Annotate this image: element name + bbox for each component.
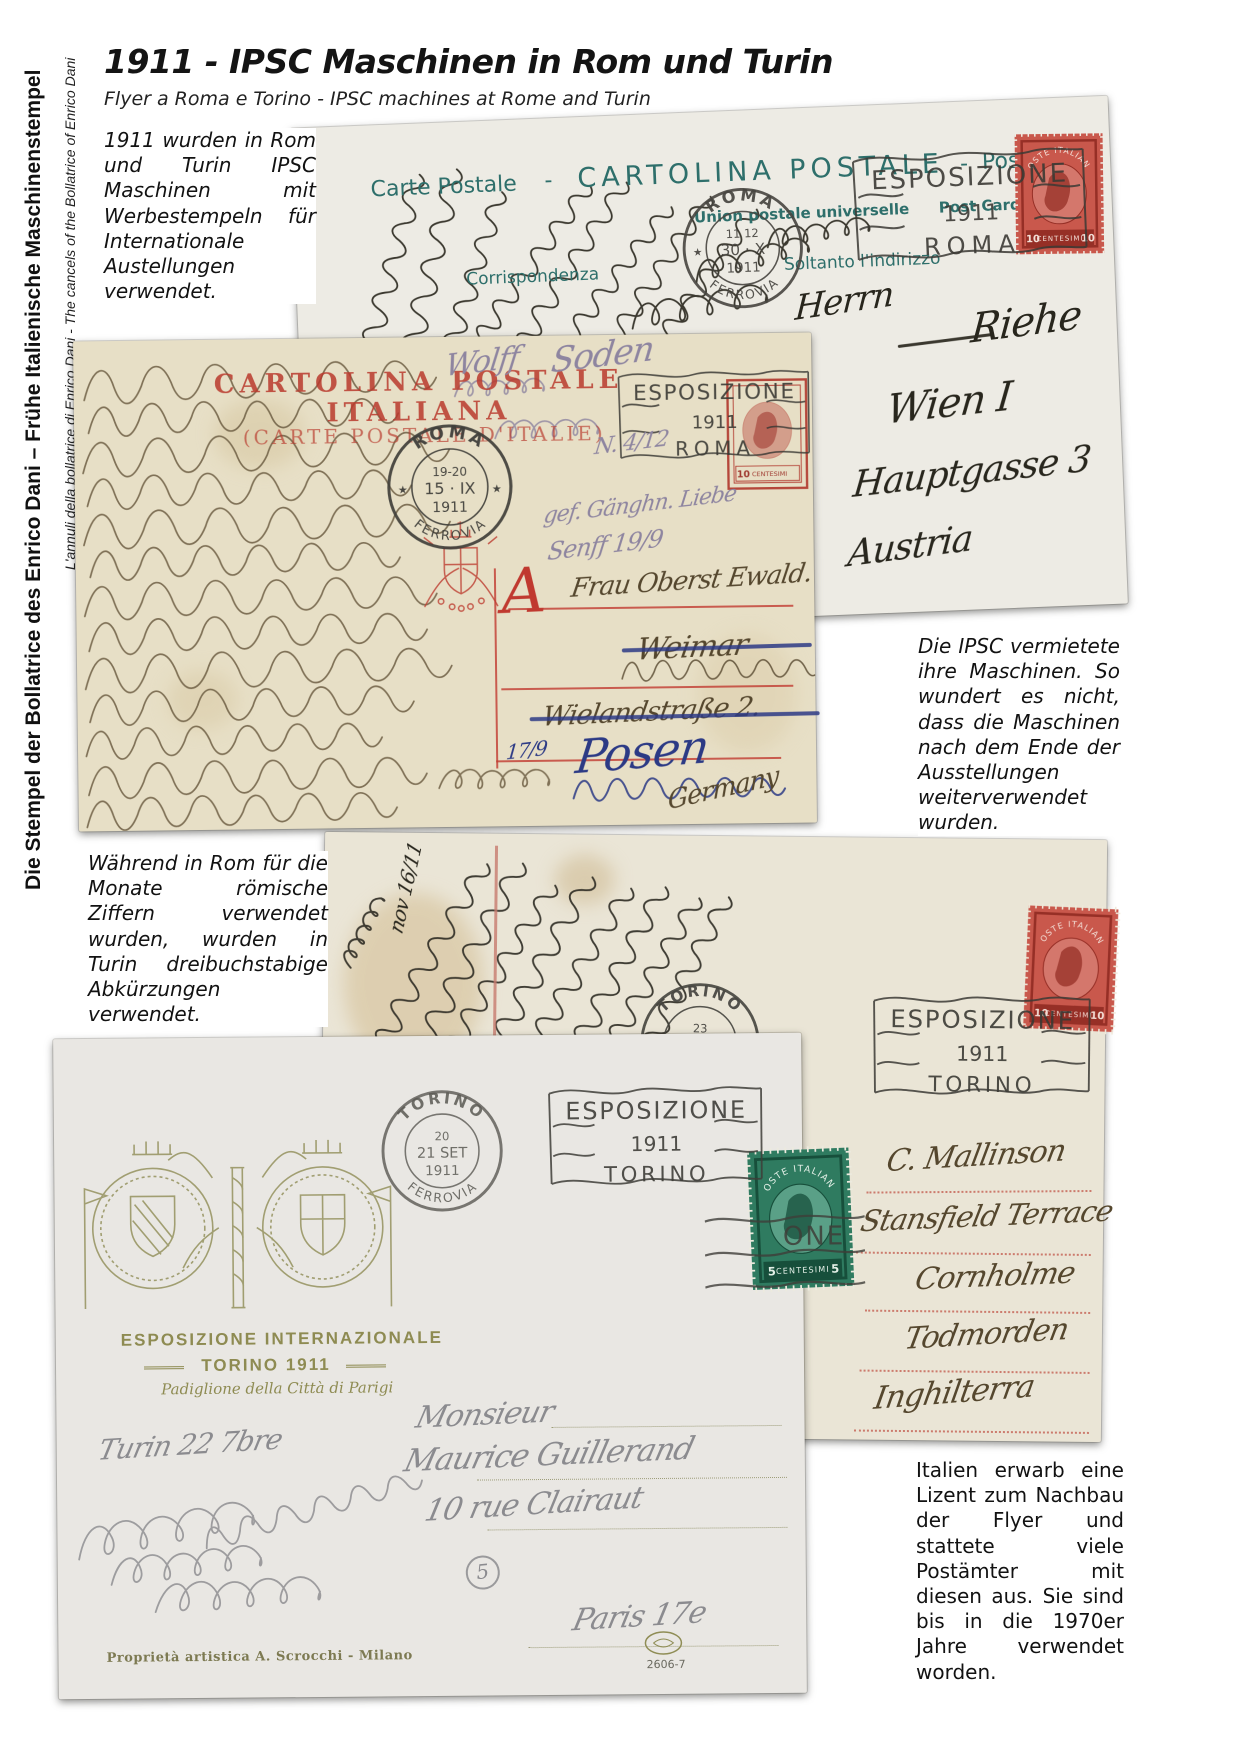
address-city: Posen <box>573 719 712 785</box>
stain <box>167 670 238 731</box>
cancel-row3: TORINO <box>927 1072 1035 1098</box>
address-line: Todmorden <box>902 1312 1071 1357</box>
cancel-row2: 1911 <box>943 200 1000 227</box>
page-title: 1911 - IPSC Maschinen in Rom und Turin <box>104 42 833 81</box>
postmark-star-left: ★ <box>693 246 703 258</box>
cancel-row2: 1911 <box>631 1132 683 1156</box>
pencil-note: Senff 19/9 <box>546 524 664 566</box>
publisher-logo <box>643 1630 683 1656</box>
address-dotted-rule <box>856 1252 1091 1256</box>
address-line: Herrn <box>794 274 895 329</box>
address-dotted-rule <box>552 1425 782 1428</box>
address-name: Maurice Guillerand <box>401 1430 698 1479</box>
postmark-year: 1911 <box>726 260 761 276</box>
address-line: Hauptgasse 3 <box>851 438 1092 506</box>
postcard-rome-2: CARTOLINA POSTALE ITALIANA (CARTE POSTAL… <box>73 333 817 832</box>
address-line: Inghilterra <box>871 1368 1036 1417</box>
exhibit-page: { "sidebar": { "title": "Die Stempel der… <box>0 0 1240 1754</box>
sidebar-title: Die Stempel der Bollatrice des Enrico Da… <box>22 40 46 890</box>
cancel-row1: ESPOSIZIONE <box>871 158 1069 196</box>
address-line: C. Mallinson <box>884 1133 1069 1179</box>
address-line: Cornholme <box>912 1255 1078 1297</box>
cancel-row3: ROMA <box>923 229 1021 261</box>
postmark-hour: 20 <box>435 1129 450 1143</box>
svg-text:FERROVIA: FERROVIA <box>405 1178 481 1206</box>
postcard-turin-2: ESPOSIZIONE INTERNAZIONALE TORINO 1911 P… <box>53 1033 807 1700</box>
paragraph-rental: Die IPSC vermietete ihre Maschinen. So w… <box>918 634 1120 836</box>
address-dotted-rule <box>866 1190 1091 1194</box>
cancel-row3: TORINO <box>603 1161 709 1187</box>
card1-corrispondenza-label: Corrispondenza <box>466 264 600 289</box>
postmark-day: 30 · X <box>720 240 766 260</box>
address-line: Austria <box>846 518 974 576</box>
postmark-town: TORINO <box>654 981 747 1017</box>
expo-emblem <box>72 1106 404 1324</box>
postmark-day: 15 · IX <box>424 479 476 499</box>
postmark-star-right: ★ <box>492 482 502 495</box>
machine-cancel-roma: ESPOSIZIONE 1911 ROMA <box>613 359 812 473</box>
cancel-row1: ESPOSIZIONE <box>565 1096 747 1126</box>
page-subtitle: Flyer a Roma e Torino - IPSC machines at… <box>104 88 651 110</box>
card1-dash1: - <box>544 168 553 193</box>
postmark-torino-ferrovia: TORINO FERROVIA 20 21 SET 1911 <box>379 1087 506 1214</box>
address-dotted-rule <box>854 1429 1089 1433</box>
cancel-row1: ESPOSIZIONE <box>890 1004 1075 1035</box>
address-rule <box>508 605 793 610</box>
card-number: 2606-7 <box>647 1658 686 1671</box>
cancel-row3: ROMA <box>675 437 755 461</box>
postmark-day: 21 SET <box>417 1145 468 1161</box>
postmark-star-left: ★ <box>398 483 408 496</box>
cancel-row2: 1911 <box>692 412 738 434</box>
expo-caption-year: TORINO 1911 <box>196 1355 336 1376</box>
postmark-town: TORINO <box>395 1089 489 1125</box>
address-date: 17/9 <box>505 735 548 764</box>
card1-header-left: Carte Postale <box>370 172 517 203</box>
rule-right <box>346 1364 386 1367</box>
cancel-fragment: ONE <box>783 1221 846 1252</box>
message-date: Turin 22 7bre <box>95 1422 285 1467</box>
address-street: 10 rue Clairaut <box>421 1480 646 1529</box>
postmark-year: 1911 <box>432 500 468 516</box>
postmark-office: FERROVIA <box>405 1178 481 1206</box>
svg-text:TORINO: TORINO <box>395 1089 489 1125</box>
cancel-row2: 1911 <box>956 1042 1009 1067</box>
publisher-credit: Proprietà artistica A. Scrocchi - Milano <box>106 1648 412 1666</box>
cancel-strike-over-stamp: ONE <box>705 1202 866 1293</box>
postmark-roma-ferrovia: ROMA FERROVIA ★ 11 12 30 · X 1911 <box>678 183 808 313</box>
postmark-hour: 11 12 <box>725 226 759 241</box>
address-line: Stansfield Terrace <box>858 1193 1116 1238</box>
paragraph-months: Während in Rom für die Monate römische Z… <box>88 851 328 1027</box>
expo-caption: ESPOSIZIONE INTERNAZIONALE <box>121 1328 443 1351</box>
svg-text:TORINO: TORINO <box>654 981 747 1017</box>
rule-left <box>144 1366 184 1369</box>
postmark-year: 1911 <box>425 1163 460 1179</box>
expo-caption-sub: Padiglione della Città di Parigi <box>161 1378 393 1398</box>
machine-cancel-torino: ESPOSIZIONE 1911 TORINO <box>541 1077 767 1197</box>
pencil-note: gef. Gänghn. Liebe <box>542 481 737 529</box>
machine-cancel-roma: ESPOSIZIONE 1911 ROMA <box>841 136 1096 274</box>
address-salutation: Monsieur <box>412 1394 557 1435</box>
divider-line <box>493 846 498 1036</box>
address-dotted-rule <box>487 1527 787 1531</box>
stain <box>554 854 615 905</box>
paragraph-license: Italien erwarb eine Lizent zum Nachbau d… <box>916 1458 1124 1685</box>
address-city: Paris 17e <box>569 1595 709 1639</box>
machine-cancel-torino: ESPOSIZIONE 1911 TORINO <box>862 986 1098 1108</box>
address-line: Wien I <box>885 373 1014 434</box>
postmark-roma-ferrovia: ROMA FERROVIA ★ ★ 19-20 15 · IX 1911 <box>384 421 516 553</box>
address-initial-A: A <box>499 553 546 628</box>
paragraph-intro: 1911 wurden in Rom und Turin IPSC Maschi… <box>104 128 316 304</box>
address-line: Riehe <box>969 292 1083 353</box>
postmark-hour: 19-20 <box>432 465 467 479</box>
circled-number: 5 <box>464 1554 501 1591</box>
address-line: Frau Oberst Ewald. <box>569 558 814 604</box>
cancel-row1: ESPOSIZIONE <box>633 379 796 406</box>
